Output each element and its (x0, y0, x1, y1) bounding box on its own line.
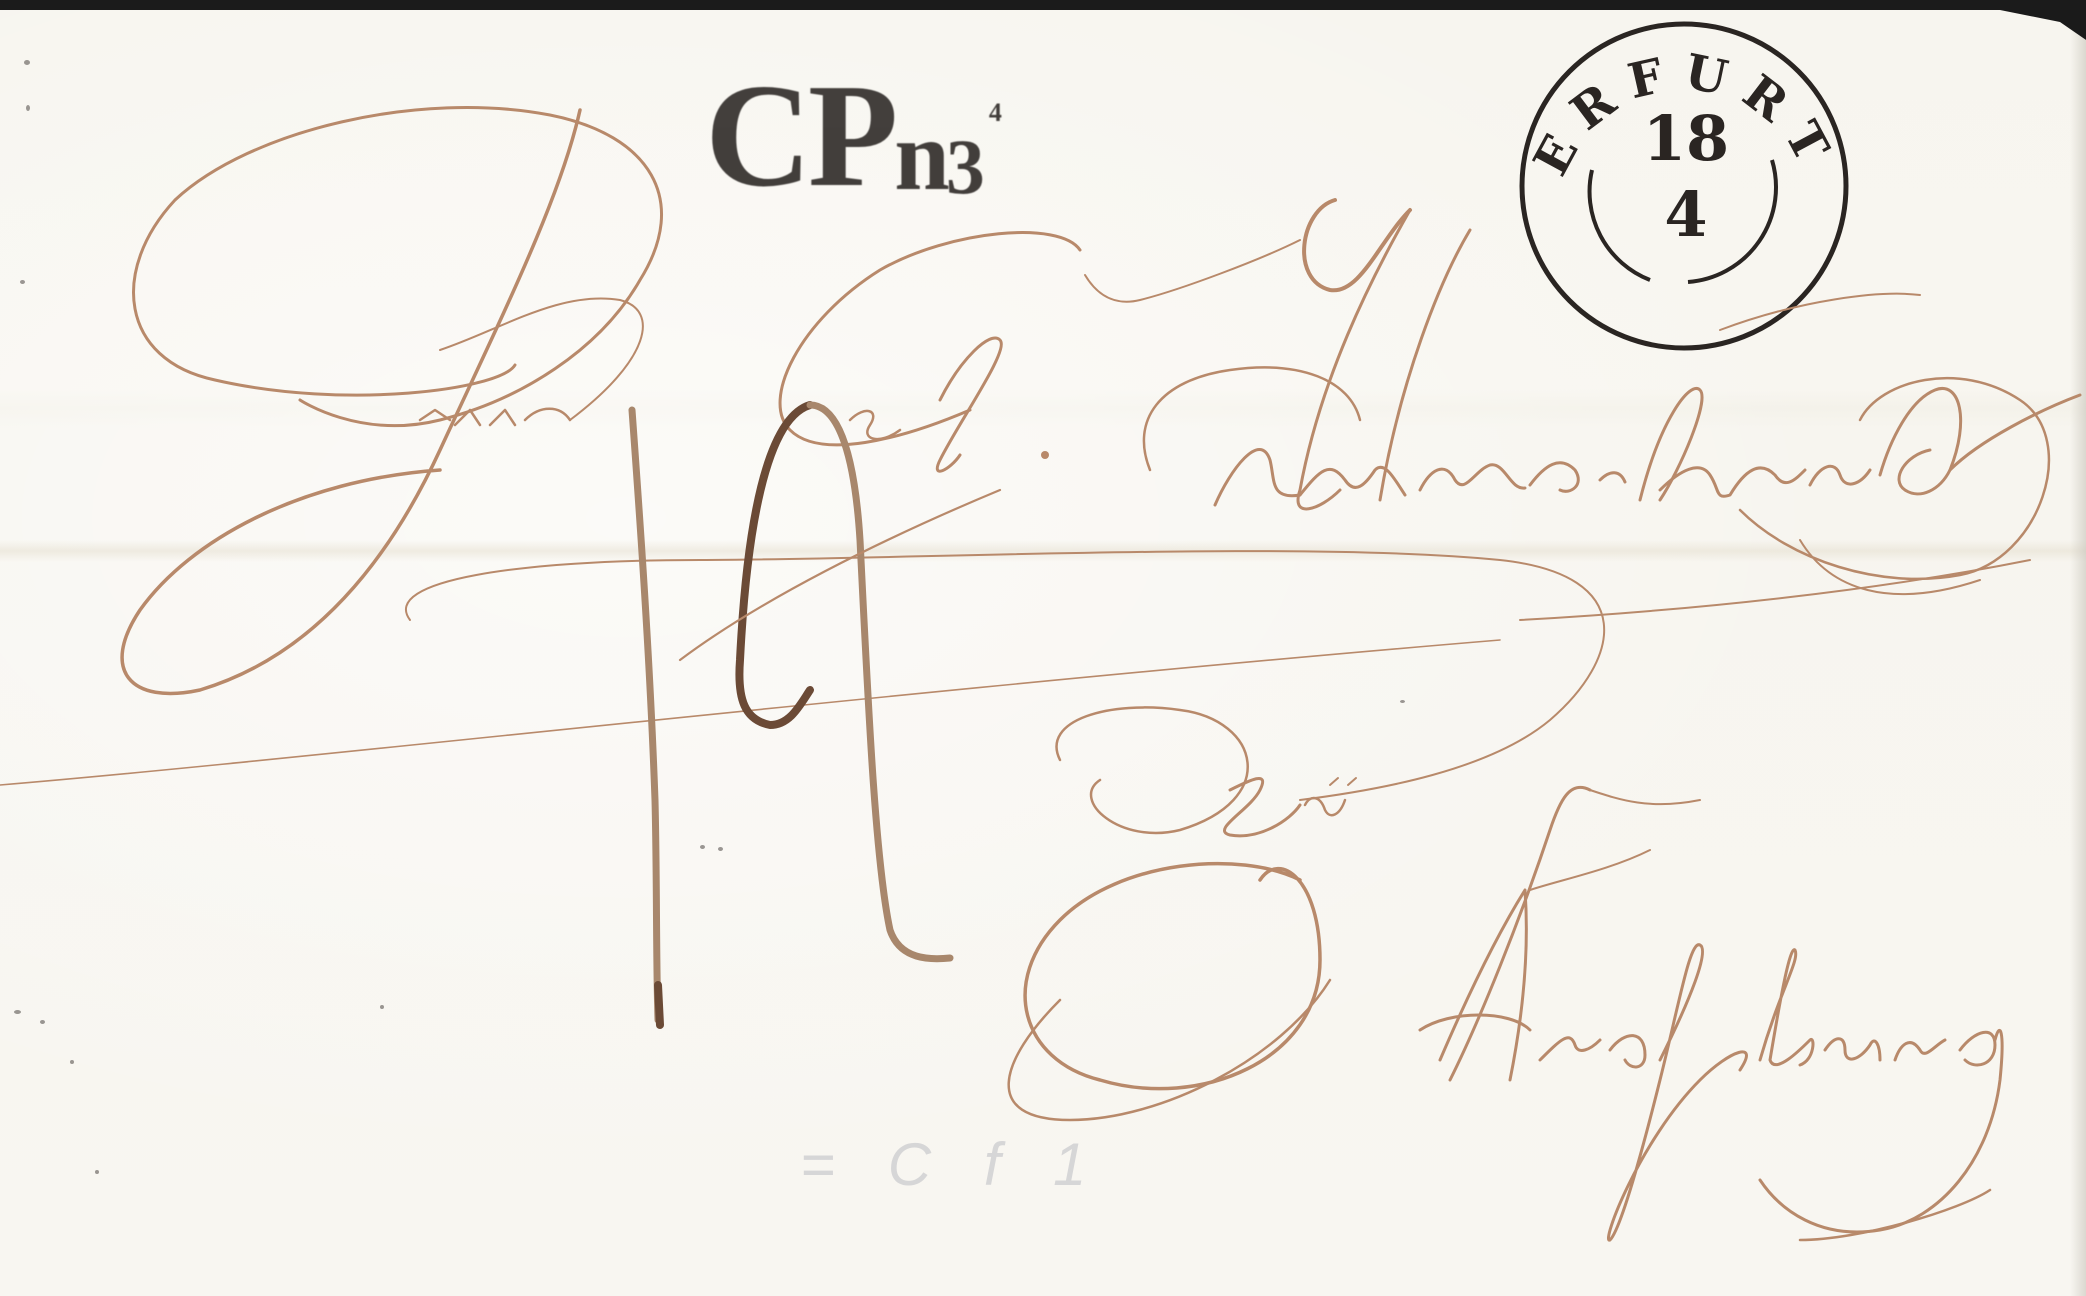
rate-marking (632, 405, 1000, 1025)
rate-crossing-stroke (680, 490, 1000, 660)
handwriting-herrenschmidt (1144, 200, 2080, 620)
rate-digit-one-foot (658, 985, 660, 1025)
underline-flourish (406, 551, 1604, 800)
abbreviation-dot (1041, 451, 1049, 459)
postmark-day: 18 (1643, 102, 1729, 175)
scan-top-edge-shadow (0, 0, 2086, 10)
erfurt-postmark: ERFURT 18 4 (1522, 24, 1847, 348)
postmark-month: 4 (1664, 178, 1707, 251)
rate-digit-zero-left (739, 405, 810, 725)
handwriting-geh (780, 233, 1300, 472)
rate-digit-one (632, 410, 658, 1020)
rate-digit-zero-right (810, 405, 950, 959)
handwriting-herrn (122, 108, 661, 694)
handwriting-zu (1057, 707, 1356, 835)
ink-layer: ERFURT 18 4 (0, 0, 2086, 1296)
postmark-inner-arc-left (1590, 170, 1650, 280)
letter-cover: CPn34 = C f 1 ERFURT 18 4 (0, 0, 2086, 1296)
handwriting-strassburg (1009, 787, 2002, 1240)
